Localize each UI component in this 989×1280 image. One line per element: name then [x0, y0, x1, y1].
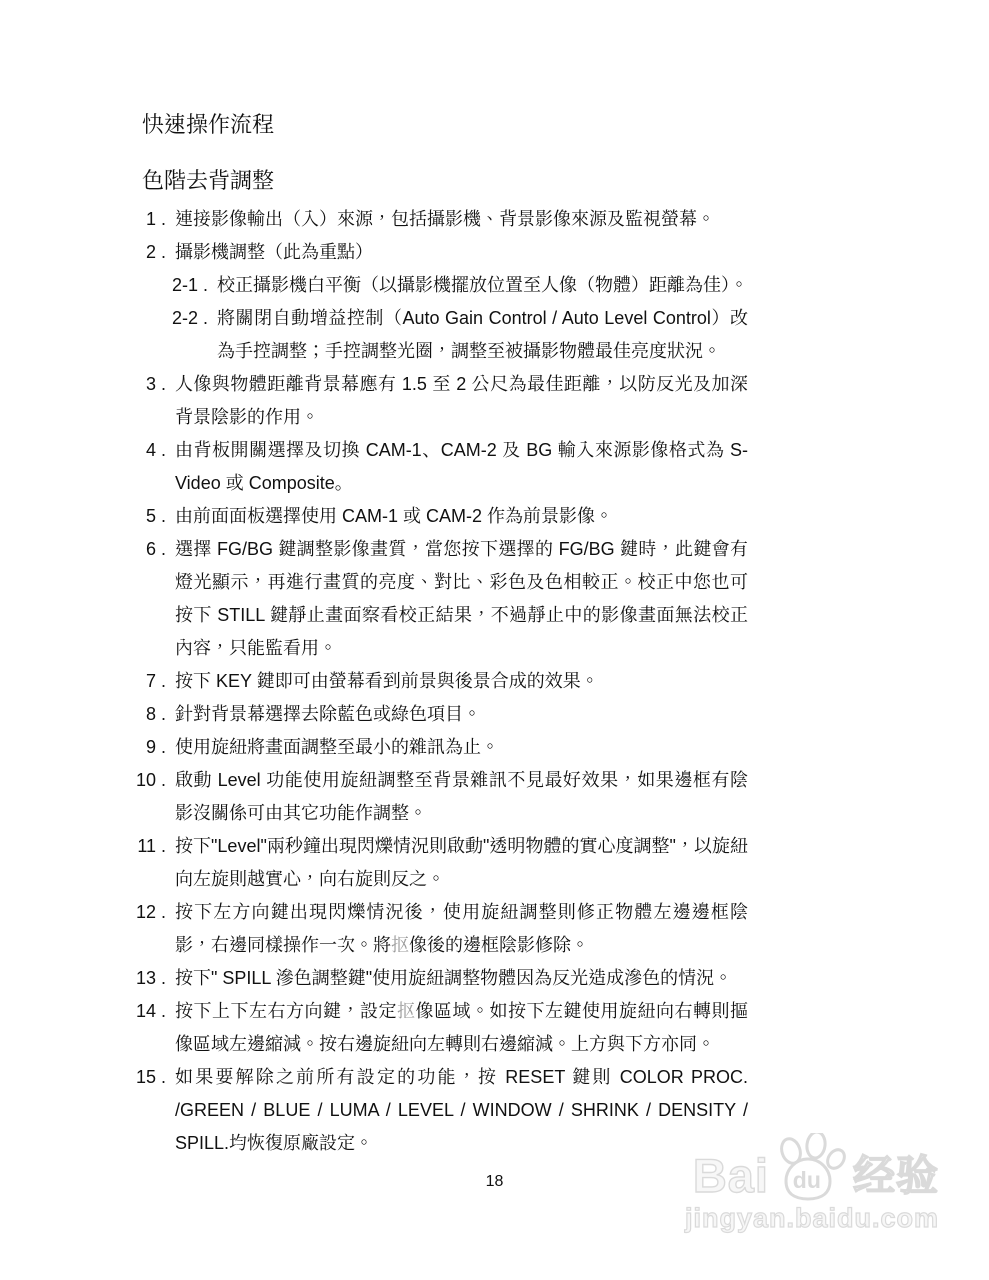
step-text-segment: 攝影機調整（此為重點） — [175, 242, 373, 262]
step-text: 按下 KEY 鍵即可由螢幕看到前景與後景合成的效果。 — [175, 665, 748, 698]
step-item: 2 .攝影機調整（此為重點） — [130, 236, 748, 269]
step-item: 5 .由前面面板選擇使用 CAM-1 或 CAM-2 作為前景影像。 — [130, 500, 748, 533]
step-text-segment: 啟動 Level 功能使用旋紐調整至背景雜訊不見最好效果，如果邊框有陰影沒關係可… — [175, 770, 748, 823]
baidu-jingyan-watermark: Bai du 经验 jingyan.baidu.com — [685, 1133, 939, 1234]
step-text-segment: 像後的邊框陰影修除。 — [409, 935, 589, 955]
step-text: 按下"Level"兩秒鐘出現閃爍情況則啟動"透明物體的實心度調整"，以旋紐向左旋… — [175, 830, 748, 896]
step-item: 2-2 .將關閉自動增益控制（Auto Gain Control / Auto … — [162, 302, 748, 368]
step-number: 14 . — [130, 995, 166, 1061]
step-text-segment: 連接影像輸出（入）來源，包括攝影機、背景影像來源及監視螢幕。 — [175, 209, 715, 229]
step-text: 攝影機調整（此為重點） — [175, 236, 748, 269]
step-item: 10 .啟動 Level 功能使用旋紐調整至背景雜訊不見最好效果，如果邊框有陰影… — [130, 764, 748, 830]
watermark-brand-du: du — [793, 1169, 821, 1192]
step-text: 人像與物體距離背景幕應有 1.5 至 2 公尺為最佳距離，以防反光及加深背景陰影… — [175, 368, 748, 434]
step-text-segment: 按下"Level"兩秒鐘出現閃爍情況則啟動"透明物體的實心度調整"，以旋紐向左旋… — [175, 836, 748, 889]
step-item: 1 .連接影像輸出（入）來源，包括攝影機、背景影像來源及監視螢幕。 — [130, 203, 748, 236]
step-number: 8 . — [130, 698, 166, 731]
step-text-segment: 由前面面板選擇使用 CAM-1 或 CAM-2 作為前景影像。 — [175, 506, 613, 526]
step-text-segment: 如果要解除之前所有設定的功能，按 RESET 鍵則 COLOR PROC. /G… — [175, 1067, 748, 1153]
step-text: 啟動 Level 功能使用旋紐調整至背景雜訊不見最好效果，如果邊框有陰影沒關係可… — [175, 764, 748, 830]
step-number: 2-2 . — [162, 302, 208, 368]
step-item: 11 .按下"Level"兩秒鐘出現閃爍情況則啟動"透明物體的實心度調整"，以旋… — [130, 830, 748, 896]
step-item: 2-1 .校正攝影機白平衡（以攝影機擺放位置至人像（物體）距離為佳）。 — [162, 269, 748, 302]
watermark-brand-bai: Bai — [693, 1151, 769, 1201]
step-number: 15 . — [130, 1061, 166, 1160]
watermark-brand-row: Bai du 经验 — [685, 1133, 939, 1201]
step-number: 7 . — [130, 665, 166, 698]
step-item: 12 .按下左方向鍵出現閃爍情況後，使用旋紐調整則修正物體左邊邊框陰影，右邊同樣… — [130, 896, 748, 962]
step-item: 9 .使用旋紐將畫面調整至最小的雜訊為止。 — [130, 731, 748, 764]
step-text-segment: 使用旋紐將畫面調整至最小的雜訊為止。 — [175, 737, 499, 757]
step-text: 如果要解除之前所有設定的功能，按 RESET 鍵則 COLOR PROC. /G… — [175, 1061, 748, 1160]
step-text: 按下左方向鍵出現閃爍情況後，使用旋紐調整則修正物體左邊邊框陰影，右邊同樣操作一次… — [175, 896, 748, 962]
step-number: 6 . — [130, 533, 166, 665]
step-number: 13 . — [130, 962, 166, 995]
step-text-segment: 將關閉自動增益控制（Auto Gain Control / Auto Level… — [217, 308, 748, 361]
step-item: 13 .按下" SPILL 滲色調整鍵"使用旋紐調整物體因為反光造成滲色的情況。 — [130, 962, 748, 995]
step-text-segment: 選擇 FG/BG 鍵調整影像畫質，當您按下選擇的 FG/BG 鍵時，此鍵會有燈光… — [175, 539, 748, 658]
step-number: 12 . — [130, 896, 166, 962]
step-text-segment: 人像與物體距離背景幕應有 1.5 至 2 公尺為最佳距離，以防反光及加深背景陰影… — [175, 374, 748, 427]
step-text-segment: 按下 KEY 鍵即可由螢幕看到前景與後景合成的效果。 — [175, 671, 599, 691]
step-number: 9 . — [130, 731, 166, 764]
step-text-segment: 抠 — [391, 935, 409, 955]
step-number: 2 . — [130, 236, 166, 269]
step-item: 7 .按下 KEY 鍵即可由螢幕看到前景與後景合成的效果。 — [130, 665, 748, 698]
step-item: 15 .如果要解除之前所有設定的功能，按 RESET 鍵則 COLOR PROC… — [130, 1061, 748, 1160]
step-item: 4 .由背板開關選擇及切換 CAM-1、CAM-2 及 BG 輸入來源影像格式為… — [130, 434, 748, 500]
step-text: 選擇 FG/BG 鍵調整影像畫質，當您按下選擇的 FG/BG 鍵時，此鍵會有燈光… — [175, 533, 748, 665]
step-text: 由前面面板選擇使用 CAM-1 或 CAM-2 作為前景影像。 — [175, 500, 748, 533]
step-text-segment: 由背板開關選擇及切換 CAM-1、CAM-2 及 BG 輸入來源影像格式為 S-… — [175, 440, 748, 493]
step-text: 連接影像輸出（入）來源，包括攝影機、背景影像來源及監視螢幕。 — [175, 203, 748, 236]
step-text: 將關閉自動增益控制（Auto Gain Control / Auto Level… — [217, 302, 748, 368]
watermark-brand-jingyan: 经验 — [853, 1151, 939, 1201]
steps-list: 1 .連接影像輸出（入）來源，包括攝影機、背景影像來源及監視螢幕。2 .攝影機調… — [0, 203, 748, 1160]
step-text-segment: 校正攝影機白平衡（以攝影機擺放位置至人像（物體）距離為佳）。 — [217, 275, 748, 295]
step-text: 由背板開關選擇及切換 CAM-1、CAM-2 及 BG 輸入來源影像格式為 S-… — [175, 434, 748, 500]
step-text: 按下上下左右方向鍵，設定抠像區域。如按下左鍵使用旋紐向右轉則摳像區域左邊縮減。按… — [175, 995, 748, 1061]
step-text: 按下" SPILL 滲色調整鍵"使用旋紐調整物體因為反光造成滲色的情況。 — [175, 962, 748, 995]
step-item: 6 .選擇 FG/BG 鍵調整影像畫質，當您按下選擇的 FG/BG 鍵時，此鍵會… — [130, 533, 748, 665]
step-number: 5 . — [130, 500, 166, 533]
step-number: 3 . — [130, 368, 166, 434]
baidu-paw-logo-icon: du — [770, 1133, 846, 1201]
step-number: 4 . — [130, 434, 166, 500]
step-item: 8 .針對背景幕選擇去除藍色或綠色項目。 — [130, 698, 748, 731]
step-number: 10 . — [130, 764, 166, 830]
step-text-segment: 針對背景幕選擇去除藍色或綠色項目。 — [175, 704, 481, 724]
document-page: 快速操作流程 色階去背調整 1 .連接影像輸出（入）來源，包括攝影機、背景影像來… — [0, 0, 989, 1280]
step-text: 使用旋紐將畫面調整至最小的雜訊為止。 — [175, 731, 748, 764]
step-text-segment: 按下" SPILL 滲色調整鍵"使用旋紐調整物體因為反光造成滲色的情況。 — [175, 968, 732, 988]
step-item: 14 .按下上下左右方向鍵，設定抠像區域。如按下左鍵使用旋紐向右轉則摳像區域左邊… — [130, 995, 748, 1061]
step-number: 1 . — [130, 203, 166, 236]
page-title: 快速操作流程 — [142, 112, 989, 138]
section-heading: 色階去背調整 — [142, 168, 989, 194]
step-number: 11 . — [130, 830, 166, 896]
step-text: 校正攝影機白平衡（以攝影機擺放位置至人像（物體）距離為佳）。 — [217, 269, 748, 302]
watermark-url: jingyan.baidu.com — [685, 1202, 939, 1234]
step-text: 針對背景幕選擇去除藍色或綠色項目。 — [175, 698, 748, 731]
step-text-segment: 抠 — [397, 1001, 416, 1021]
step-item: 3 .人像與物體距離背景幕應有 1.5 至 2 公尺為最佳距離，以防反光及加深背… — [130, 368, 748, 434]
step-text-segment: 按下上下左右方向鍵，設定 — [175, 1001, 397, 1021]
step-number: 2-1 . — [162, 269, 208, 302]
